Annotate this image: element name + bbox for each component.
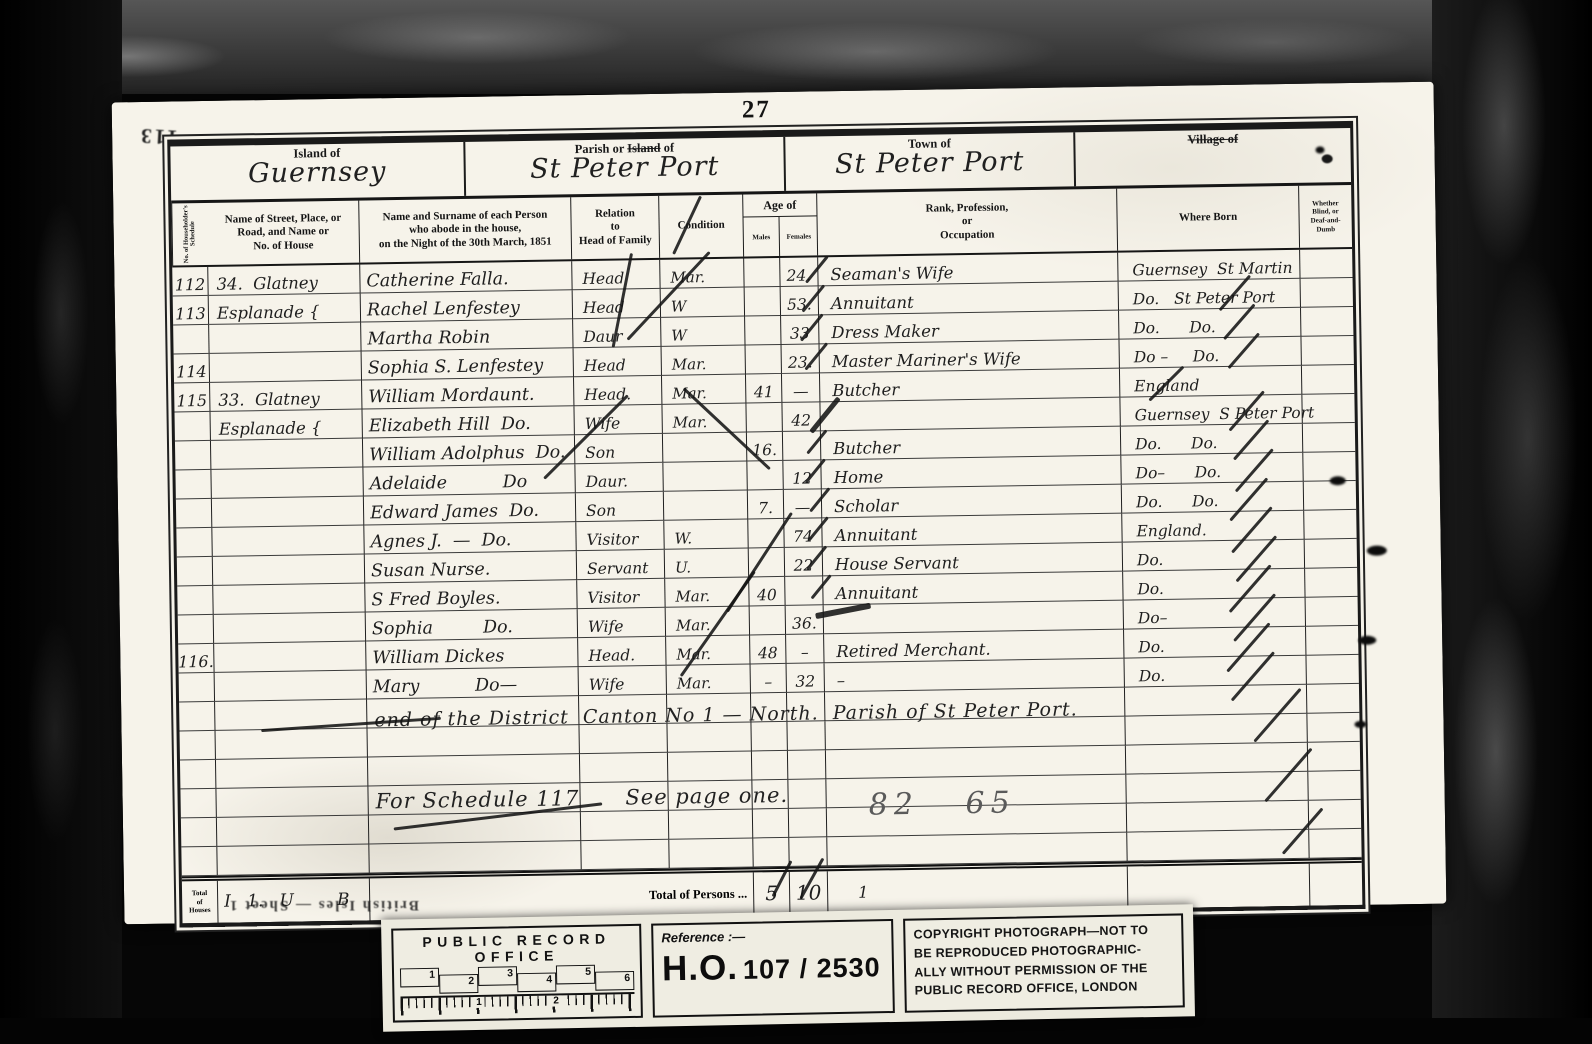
age-male: – — [751, 664, 787, 694]
relation-to-head: Head. — [578, 637, 666, 667]
person-name: Agnes J. — Do. — [364, 522, 576, 554]
age-male — [744, 258, 780, 288]
age-male: 48 — [750, 635, 786, 665]
infirmity — [1308, 742, 1360, 772]
condition — [667, 722, 751, 752]
infirmity — [1307, 684, 1359, 714]
age-female — [785, 576, 823, 606]
pro-office-title: PUBLIC RECORD OFFICE — [399, 930, 634, 966]
ink-blot — [1322, 154, 1333, 163]
schedule-number — [173, 325, 209, 355]
relation-to-head — [580, 753, 668, 783]
where-born: Do. St Peter Port — [1119, 279, 1301, 311]
age-male — [749, 548, 785, 578]
street-name — [209, 323, 361, 354]
age-male — [745, 316, 781, 346]
person-name: Sophia Do. — [366, 609, 578, 641]
age-female: 12 — [783, 460, 821, 490]
person-name — [369, 841, 581, 873]
reference-piece: 107 / 2530 — [743, 952, 881, 986]
where-born: Do. Do. — [1121, 424, 1303, 456]
infirmity — [1300, 249, 1352, 279]
schedule-number — [177, 586, 213, 616]
schedule-number — [175, 441, 211, 471]
ruler-cm-1: 1 — [473, 997, 485, 1008]
infirmity — [1303, 423, 1355, 453]
age-female: – — [786, 634, 824, 664]
infirmity — [1305, 568, 1357, 598]
age-male — [746, 345, 782, 375]
schedule-number — [179, 702, 215, 732]
person-name: William Mordaunt. — [362, 377, 574, 409]
ink-smudge — [1354, 721, 1366, 728]
age-of-label: Age of — [743, 193, 816, 217]
street-name: Esplanade { — [210, 410, 362, 441]
age-female — [783, 431, 821, 461]
relation-to-head: Head — [573, 289, 661, 319]
age-female: 74 — [784, 518, 822, 548]
street-name: 33. Glatney — [210, 381, 362, 412]
condition: Mar. — [665, 577, 749, 607]
relation-to-head: Visitor — [577, 579, 665, 609]
infirmity — [1306, 626, 1358, 656]
village-header: Village of — [1075, 128, 1351, 186]
where-born: England — [1120, 366, 1302, 398]
infirmity — [1306, 655, 1358, 685]
street-name — [214, 613, 366, 644]
where-born — [1126, 743, 1308, 775]
age-female: 33 — [781, 315, 819, 345]
person-name: Susan Nurse. — [365, 551, 577, 583]
occupation: Seaman's Wife — [818, 253, 1118, 287]
schedule-number: 113 — [173, 296, 209, 326]
schedule-number — [176, 528, 212, 558]
ruler-inch-4: 4 — [517, 972, 556, 992]
infirmity — [1309, 800, 1361, 830]
age-female: — — [784, 489, 822, 519]
person-name: Martha Robin — [361, 319, 573, 351]
relation-to-head — [581, 811, 669, 841]
age-male — [752, 751, 788, 781]
person-name: Mary Do— — [367, 667, 579, 699]
age-female: 32 — [787, 663, 825, 693]
photo-border-top — [0, 0, 1592, 94]
relation-to-head — [579, 724, 667, 754]
person-name: Adelaide Do — [363, 464, 575, 496]
condition: Mar. — [667, 664, 751, 694]
street-name — [217, 844, 369, 875]
age-female: 23. — [782, 344, 820, 374]
street-name — [217, 815, 369, 846]
ink-smudge — [1358, 636, 1376, 645]
pencil-numbers: 82 65 — [868, 785, 1016, 822]
photo-border-right — [1432, 0, 1592, 1044]
where-born: Do. Do. — [1119, 308, 1301, 340]
census-photograph: { "page": { "folio_number": "27", "corne… — [0, 0, 1592, 1044]
island-header: Island of Guernsey — [170, 142, 466, 201]
copyright-box: COPYRIGHT PHOTOGRAPH—NOT TO BE REPRODUCE… — [903, 913, 1185, 1012]
census-table: Island of Guernsey Parish or Island of S… — [167, 121, 1365, 928]
street-name — [216, 728, 368, 759]
age-male: 16. — [747, 432, 783, 462]
schedule-number — [175, 412, 211, 442]
town-header: Town of St Peter Port — [785, 132, 1076, 191]
schedule-number — [176, 499, 212, 529]
where-born: Do. — [1123, 540, 1305, 572]
age-female: 24. — [780, 257, 818, 287]
infirmity — [1306, 597, 1358, 627]
infirmity — [1301, 307, 1353, 337]
where-born: Guernsey St Martin — [1118, 250, 1300, 282]
pro-stamp-plate: PUBLIC RECORD OFFICE 1 2 3 4 5 6 1 2 Ref… — [381, 904, 1195, 1032]
ruler-centimetres: 1 2 — [400, 992, 634, 1015]
person-name: Elizabeth Hill Do. — [362, 406, 574, 438]
relation-to-head: Wife — [579, 666, 667, 696]
village-label: Village of — [1075, 130, 1350, 149]
where-born — [1127, 830, 1309, 862]
condition: W — [661, 288, 745, 318]
schedule-number: 114 — [174, 354, 210, 384]
where-born: Do. Do. — [1122, 482, 1304, 514]
total-males: 5 — [754, 872, 791, 915]
infirmity — [1308, 771, 1360, 801]
relation-to-head: Son — [576, 492, 664, 522]
age-female — [788, 779, 826, 809]
mirrored-bleed-text: British Isles — Sheet 1 — [228, 896, 419, 913]
relation-to-head: Head — [574, 347, 662, 377]
age-female: — — [782, 373, 820, 403]
age-female: 42 — [782, 402, 820, 432]
relation-to-head: Head — [572, 260, 660, 290]
occupation: Home — [821, 456, 1121, 490]
street-name — [216, 757, 368, 788]
occupation: Dress Maker — [819, 311, 1119, 345]
street-name — [211, 468, 363, 499]
condition: Mar. — [666, 606, 750, 636]
street-name — [213, 584, 365, 615]
person-name — [369, 812, 581, 844]
infirmity — [1304, 481, 1356, 511]
schedule-number — [180, 760, 216, 790]
condition: W — [661, 317, 745, 347]
schedule-number — [178, 615, 214, 645]
ruler-inch-2: 2 — [439, 974, 478, 994]
ruler-inch-3: 3 — [478, 966, 517, 986]
schedule-number — [179, 673, 215, 703]
occupation — [827, 833, 1127, 867]
relation-to-head: Head. — [574, 376, 662, 406]
ink-smudge — [1367, 545, 1387, 555]
street-name — [212, 497, 364, 528]
where-born: Do. — [1123, 569, 1305, 601]
infirmity — [1303, 452, 1355, 482]
street-name — [214, 642, 366, 673]
age-female — [789, 808, 827, 838]
condition: Mar. — [662, 403, 746, 433]
street-name: 34. Glatney — [208, 265, 360, 296]
schedule-number: 115 — [174, 383, 210, 413]
town-value: St Peter Port — [785, 145, 1073, 181]
age-females-label: Females — [780, 216, 819, 256]
census-sheet: 27 113 Island of Guernsey Parish or Isla… — [112, 82, 1447, 925]
schedule-number — [181, 847, 217, 877]
infirmity — [1302, 394, 1354, 424]
age-male — [747, 461, 783, 491]
where-born: Do– Do. — [1121, 453, 1303, 485]
infirmity — [1302, 365, 1354, 395]
street-name — [216, 786, 368, 817]
relation-to-head: Wife — [578, 608, 666, 638]
ruler-inch-5: 5 — [556, 965, 595, 985]
person-name: William Dickes — [366, 638, 578, 670]
col-street-header: Name of Street, Place, or Road, and Name… — [207, 201, 360, 265]
where-born: Do – Do. — [1119, 337, 1301, 369]
where-born: Guernsey S Peter Port — [1120, 395, 1302, 427]
where-born: England. — [1122, 511, 1304, 543]
infirmity — [1305, 539, 1357, 569]
condition — [669, 838, 753, 868]
schedule-number — [177, 557, 213, 587]
col-whereborn-header: Where Born — [1117, 186, 1300, 251]
person-name: Sophia S. Lenfestey — [362, 348, 574, 380]
person-name — [368, 754, 580, 786]
where-born — [1125, 714, 1307, 746]
street-name — [213, 555, 365, 586]
occupation — [820, 398, 1120, 432]
condition: Mar. — [660, 259, 744, 289]
where-born: Do. — [1124, 656, 1306, 688]
reference-value: H.O. 107 / 2530 — [662, 945, 885, 989]
infirmity — [1301, 278, 1353, 308]
relation-to-head: Daur — [573, 318, 661, 348]
col-name-header: Name and Surname of each Person who abod… — [359, 197, 572, 262]
occupation: Butcher — [820, 369, 1120, 403]
col-relation-header: Relation to Head of Family — [571, 196, 660, 259]
age-male: 7. — [748, 490, 784, 520]
col-infirmity-header: Whether Blind, or Deaf-and- Dumb — [1299, 185, 1352, 248]
condition — [668, 751, 752, 781]
schedule-number — [181, 818, 217, 848]
total-infirm-cell — [1310, 863, 1363, 906]
total-born-cell — [1128, 864, 1311, 909]
street-name — [211, 439, 363, 470]
where-born — [1126, 772, 1308, 804]
condition: W. — [664, 519, 748, 549]
condition — [663, 432, 747, 462]
parish-header: Parish or Island of St Peter Port — [465, 137, 786, 196]
infirmity — [1304, 510, 1356, 540]
person-name: Edward James Do. — [364, 493, 576, 525]
age-males-label: Males — [744, 217, 781, 257]
folio-number: 27 — [742, 96, 771, 124]
age-male — [748, 519, 784, 549]
pro-ruler-box: PUBLIC RECORD OFFICE 1 2 3 4 5 6 1 2 — [391, 924, 643, 1023]
age-male — [746, 403, 782, 433]
reference-box: Reference :— H.O. 107 / 2530 — [651, 919, 895, 1018]
ruler-inch-6: 6 — [595, 971, 634, 991]
where-born: Do– — [1124, 598, 1306, 630]
occupation: Annuitant — [823, 572, 1123, 606]
age-male — [753, 838, 789, 868]
occupation — [826, 746, 1126, 780]
age-male: 40 — [749, 577, 785, 607]
condition — [663, 461, 747, 491]
infirmity — [1301, 336, 1353, 366]
relation-to-head: Daur. — [575, 463, 663, 493]
infirmity — [1307, 713, 1359, 743]
occupation: Annuitant — [819, 282, 1119, 316]
relation-to-head — [581, 840, 669, 870]
schedule-number — [175, 470, 211, 500]
ruler-inch-1: 1 — [400, 968, 439, 988]
age-female: 53. — [781, 286, 819, 316]
occupation: – — [825, 659, 1125, 693]
col-occupation-header: Rank, Profession, or Occupation — [817, 189, 1118, 256]
person-name: S Fred Boyles. — [365, 580, 577, 612]
infirmity — [1309, 829, 1361, 859]
total-houses-label: Total of Houses — [182, 881, 219, 924]
island-value: Guernsey — [171, 155, 464, 191]
age-male — [751, 722, 787, 752]
occupation: Annuitant — [822, 514, 1122, 548]
schedule-number — [180, 731, 216, 761]
condition — [669, 809, 753, 839]
schedule-number — [180, 789, 216, 819]
ruler-inches: 1 2 3 4 5 6 — [400, 964, 634, 994]
age-female — [789, 837, 827, 867]
total-females: 10 — [790, 871, 829, 914]
col-age-header: Age of Males Females — [743, 193, 818, 256]
occupation: Butcher — [821, 427, 1121, 461]
copyright-line: PUBLIC RECORD OFFICE, LONDON — [914, 977, 1174, 1001]
occupation: Retired Merchant. — [824, 630, 1124, 664]
age-female: 36. — [786, 605, 824, 635]
age-female: 22 — [785, 547, 823, 577]
relation-to-head: Visitor — [576, 521, 664, 551]
condition: Mar. — [666, 635, 750, 665]
condition: Mar. — [662, 346, 746, 376]
person-name: William Adolphus Do. — [363, 435, 575, 467]
street-name — [210, 352, 362, 383]
reference-series: H.O. — [662, 948, 739, 989]
relation-to-head: Son — [575, 434, 663, 464]
col-condition-header: Condition — [659, 195, 744, 258]
relation-to-head: Wife — [574, 405, 662, 435]
schedule-number: 116. — [178, 644, 214, 674]
condition — [664, 490, 748, 520]
photo-border-left — [0, 0, 122, 1044]
where-born — [1125, 685, 1307, 717]
age-male — [753, 809, 789, 839]
street-name — [215, 699, 367, 730]
condition: Mar. — [662, 375, 746, 405]
age-male — [750, 606, 786, 636]
person-name: Rachel Lenfestey — [361, 290, 573, 322]
where-born: Do. — [1124, 627, 1306, 659]
age-female — [787, 721, 825, 751]
occupation — [824, 601, 1124, 635]
occupation: Scholar — [822, 485, 1122, 519]
schedule-number: 112 — [172, 267, 208, 297]
age-female — [788, 750, 826, 780]
relation-to-head: Servant — [577, 550, 665, 580]
ruler-cm-2: 2 — [550, 995, 562, 1006]
where-born — [1127, 801, 1309, 833]
col-schedule-header: No. of Householder's Schedule — [171, 203, 208, 266]
occupation: House Servant — [823, 543, 1123, 577]
reference-label: Reference :— — [661, 926, 883, 945]
street-name: Esplanade { — [209, 294, 361, 325]
condition: U. — [665, 548, 749, 578]
street-name — [215, 670, 367, 701]
age-male — [745, 287, 781, 317]
person-name: Catherine Falla. — [360, 261, 572, 293]
parish-value: St Peter Port — [465, 150, 783, 186]
street-name — [212, 526, 364, 557]
age-male: 41 — [746, 374, 782, 404]
occupation: Master Mariner's Wife — [820, 340, 1120, 374]
